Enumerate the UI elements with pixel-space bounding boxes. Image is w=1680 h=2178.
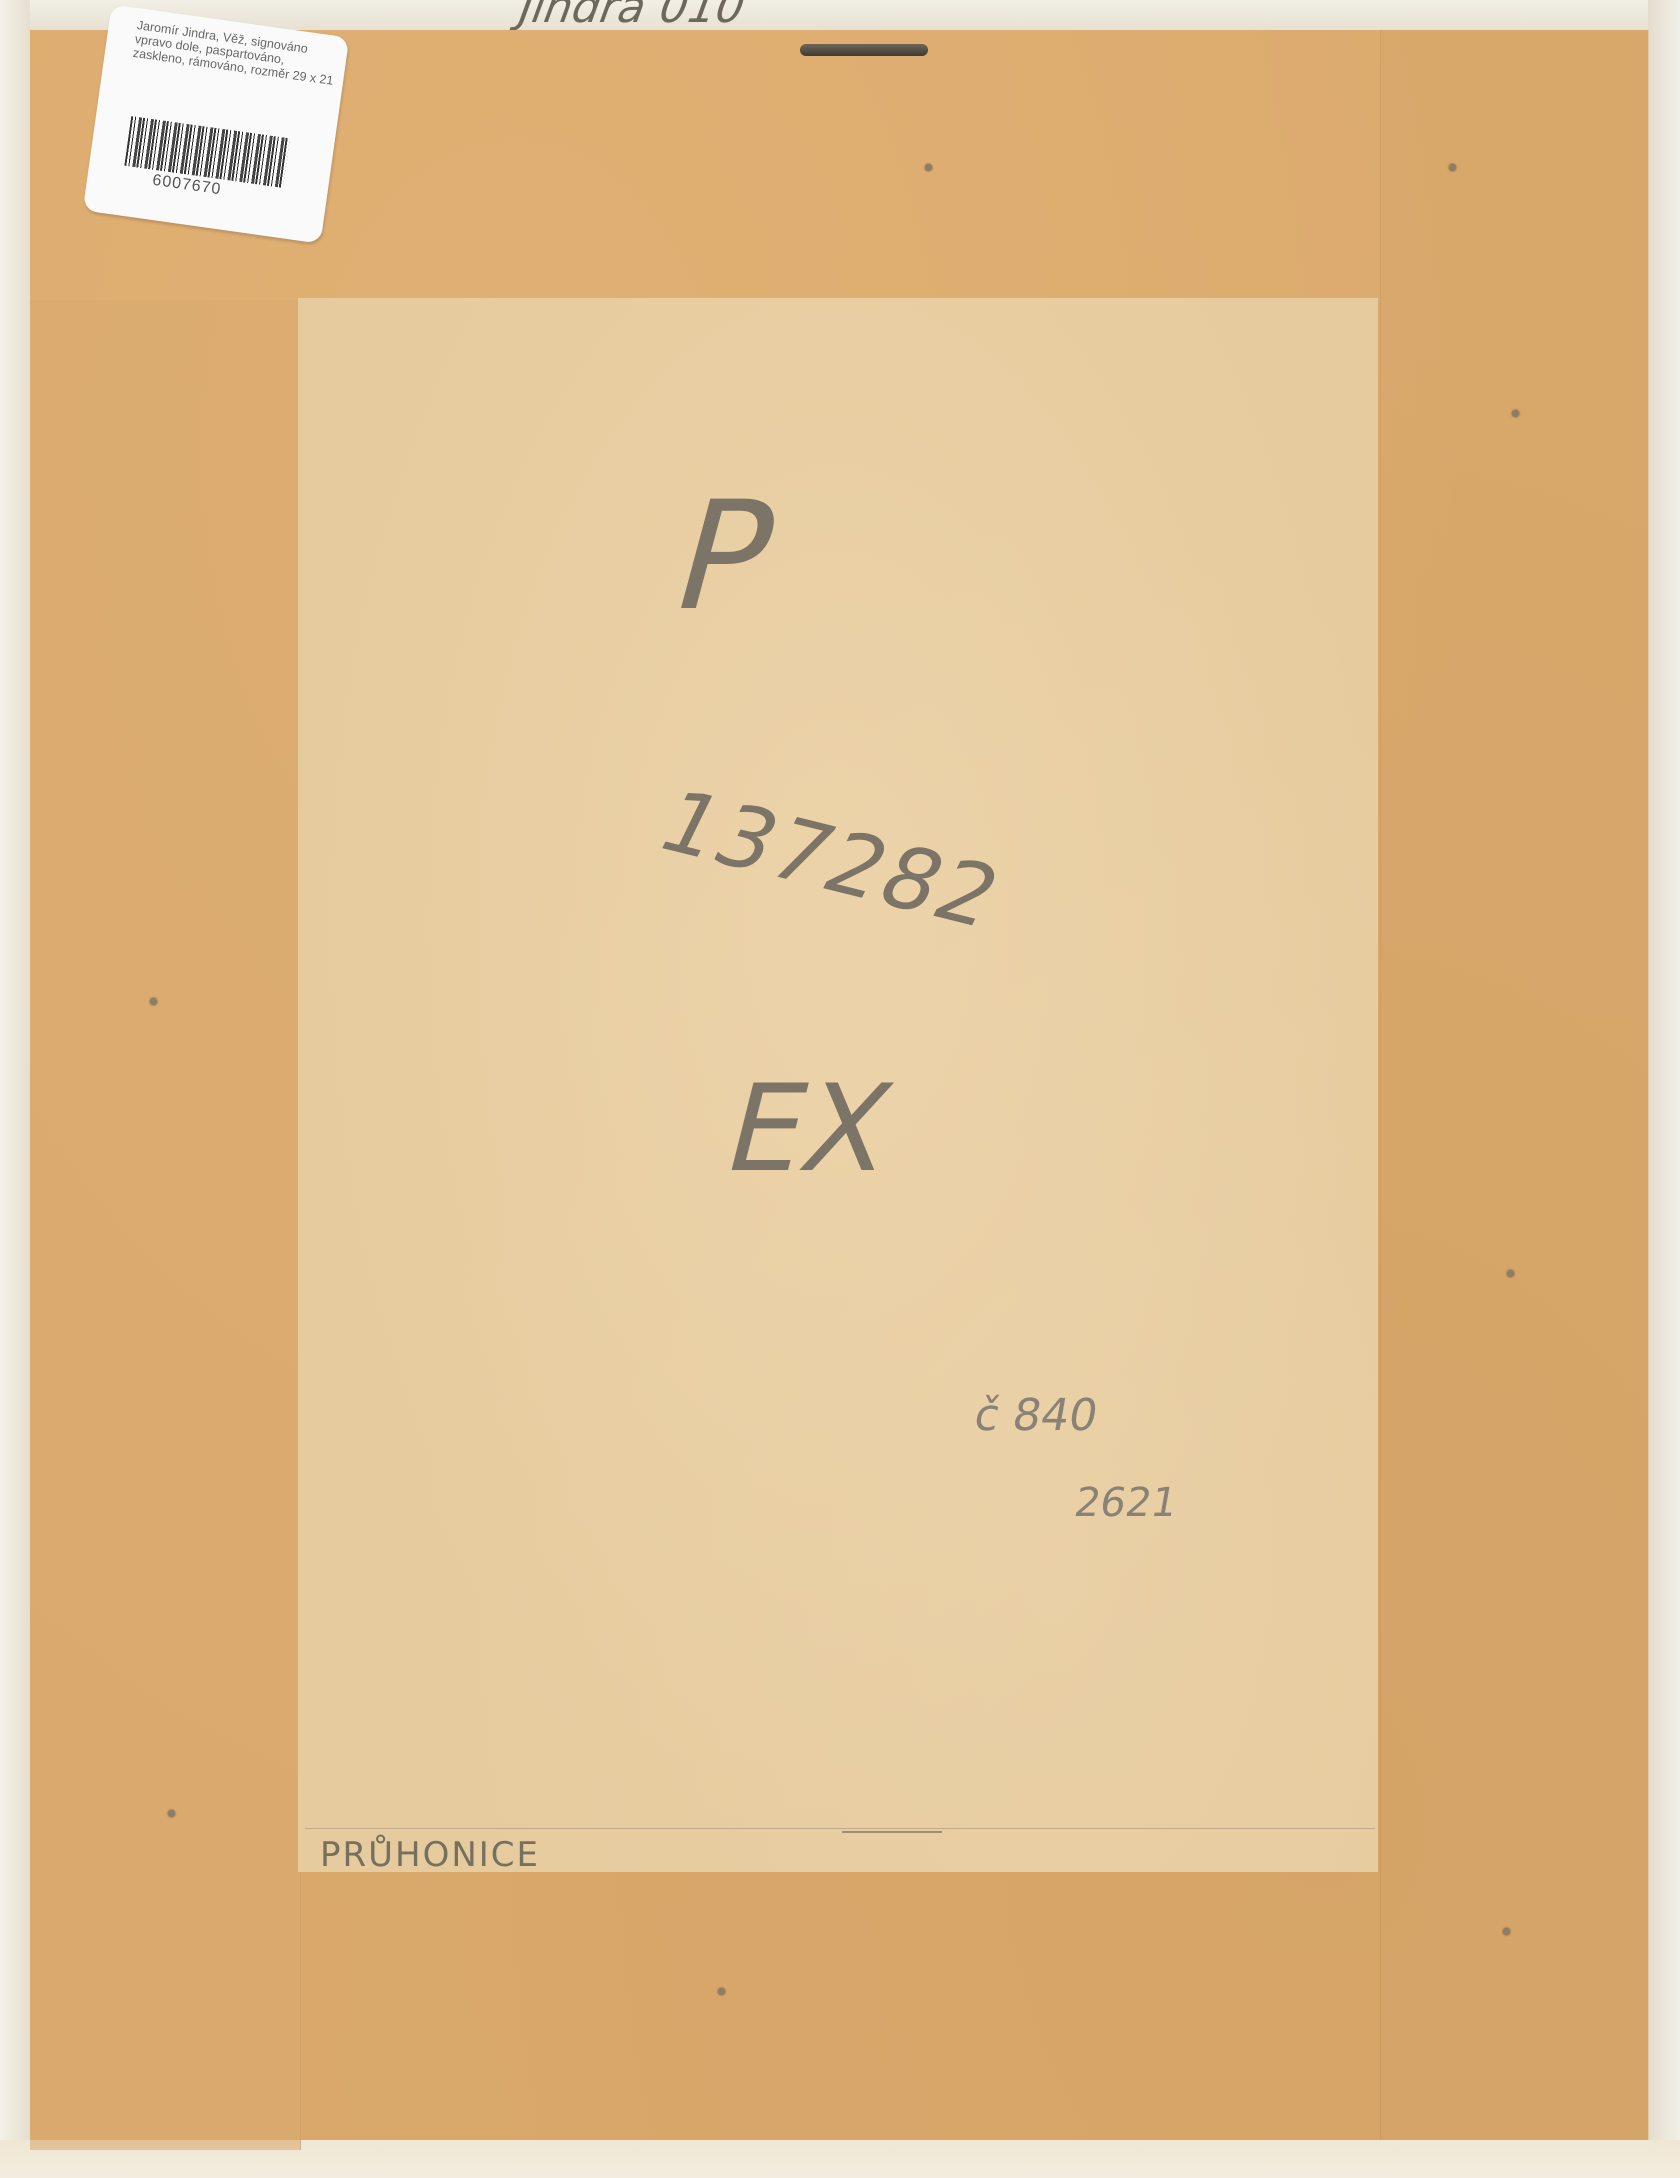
pencil-dash — [842, 1831, 942, 1833]
tack-icon — [1449, 164, 1456, 171]
pencil-guide-line — [305, 1828, 1375, 1829]
tack-icon — [150, 998, 157, 1005]
auction-label: Jaromír Jindra, Věž, signováno vpravo do… — [83, 4, 350, 243]
barcode-icon — [124, 116, 289, 188]
picture-frame: Jindra 010 P 137282 EX č 840 2621 PRŮHON… — [0, 0, 1680, 2178]
pencil-place-name: PRŮHONICE — [320, 1835, 540, 1875]
tack-icon — [1507, 1270, 1514, 1277]
frame-right-edge — [1648, 0, 1680, 2178]
tack-icon — [1512, 410, 1519, 417]
top-edge-handwriting: Jindra 010 — [511, 0, 754, 33]
pencil-code-1: č 840 — [971, 1390, 1102, 1441]
tack-icon — [168, 1810, 175, 1817]
tape-strip-bottom — [300, 1870, 1380, 2140]
frame-left-edge — [0, 0, 30, 2178]
tack-icon — [718, 1988, 725, 1995]
tack-icon — [1503, 1928, 1510, 1935]
tape-strip-right — [1380, 30, 1649, 2140]
pencil-code-2: 2621 — [1071, 1480, 1181, 1526]
tack-icon — [925, 164, 932, 171]
wire-hanger-icon — [800, 44, 928, 56]
tape-strip-left — [30, 300, 301, 2150]
